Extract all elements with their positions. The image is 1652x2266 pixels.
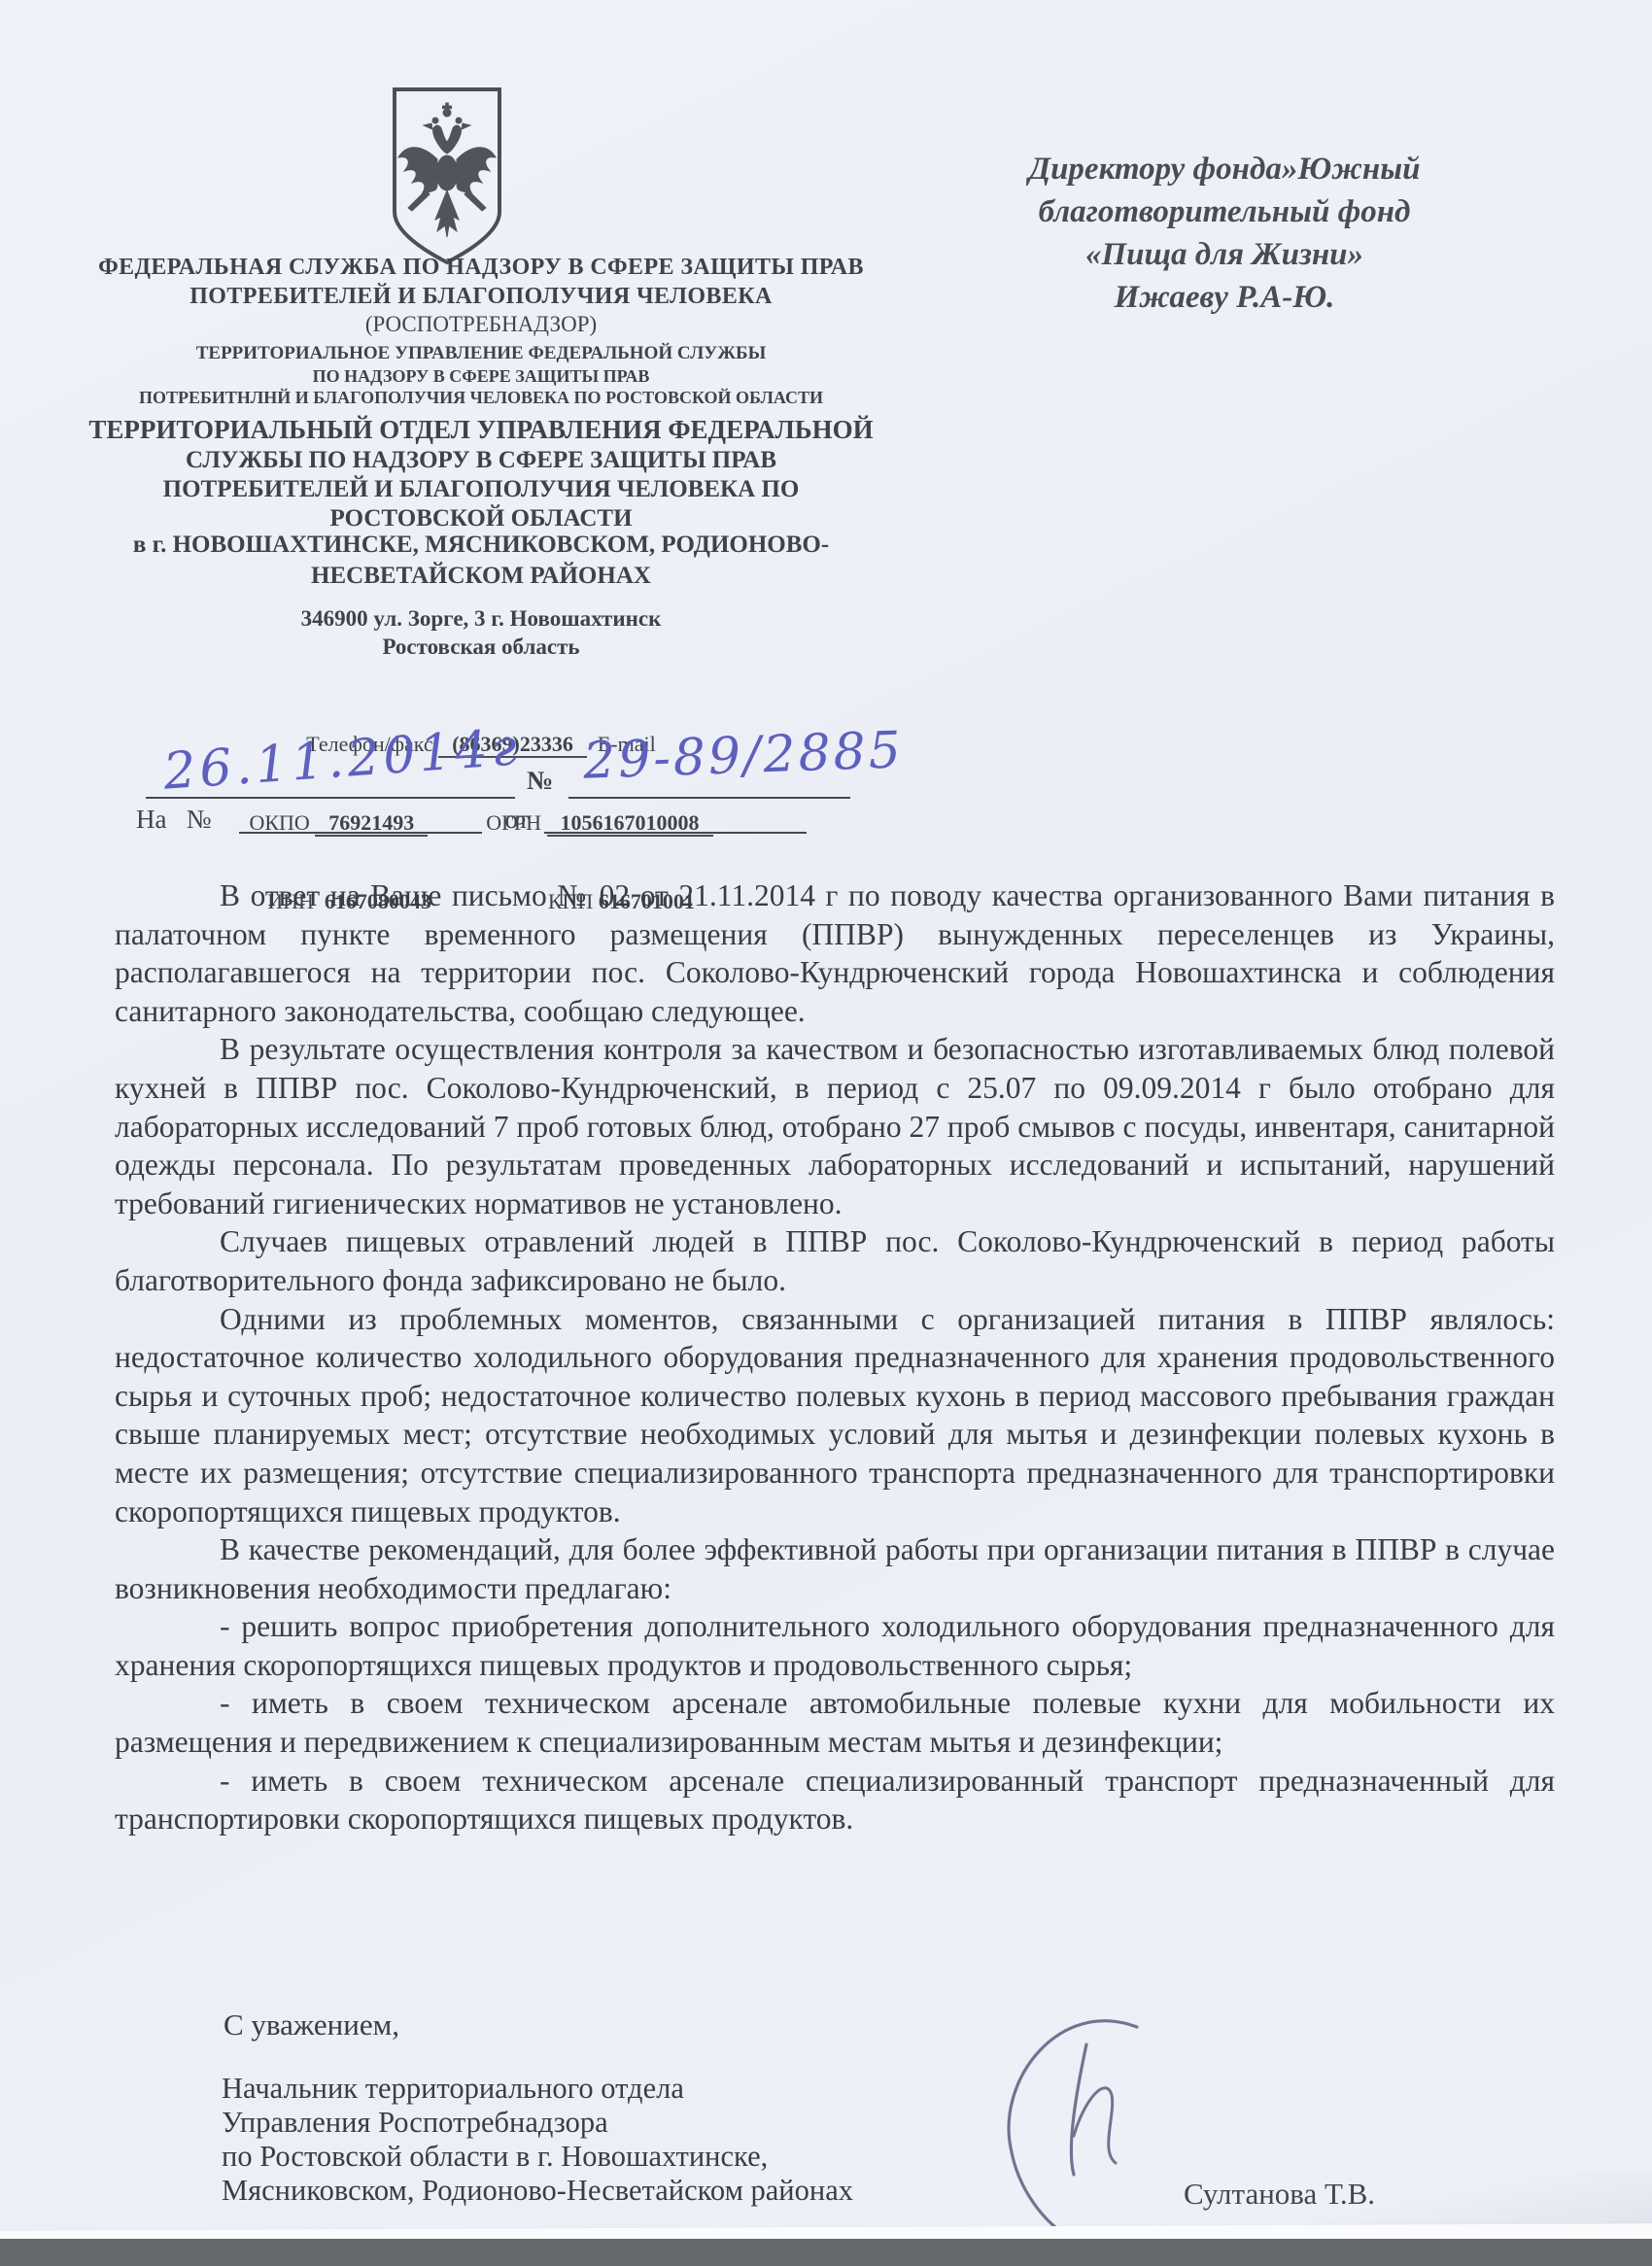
addressee-line: благотворительный фонд: [928, 190, 1521, 233]
paragraph: - решить вопрос приобретения дополнитель…: [115, 1607, 1555, 1684]
letterhead-line: ТЕРРИТОРИАЛЬНЫЙ ОТДЕЛ УПРАВЛЕНИЯ ФЕДЕРАЛ…: [68, 414, 894, 446]
coat-of-arms-icon: [385, 84, 509, 270]
signer-title-line: Управления Роспотребнадзора: [222, 2106, 853, 2140]
address-line: 346900 ул. Зорге, 3 г. Новошахтинск: [68, 604, 894, 633]
letterhead-address: 346900 ул. Зорге, 3 г. Новошахтинск Рост…: [68, 604, 894, 661]
ref-na-label: На: [136, 805, 166, 834]
letter-body: В ответ на Ваше письмо № 02 от 21.11.201…: [115, 876, 1555, 1838]
letterhead-line: ТЕРРИТОРИАЛЬНОЕ УПРАВЛЕНИЕ ФЕДЕРАЛЬНОЙ С…: [68, 341, 894, 365]
signer-title-line: по Ростовской области в г. Новошахтинске…: [222, 2140, 853, 2174]
letterhead-line: СЛУЖБЫ ПО НАДЗОРУ В СФЕРЕ ЗАЩИТЫ ПРАВ: [68, 446, 894, 475]
address-line: Ростовская область: [68, 633, 894, 661]
ref-number-blank: [239, 832, 482, 834]
number-sign: №: [527, 766, 553, 796]
ref-no-label: №: [187, 805, 212, 834]
signer-title-line: Начальник территориального отдела: [222, 2072, 853, 2106]
addressee-line: Директору фонда»Южный: [928, 148, 1521, 190]
paragraph: - иметь в своем техническом арсенале авт…: [115, 1684, 1555, 1761]
addressee-line: Ижаеву Р.А-Ю.: [928, 276, 1521, 319]
addressee-line: «Пища для Жизни»: [928, 233, 1521, 276]
district-line: НЕСВЕТАЙСКОМ РАЙОНАХ: [68, 561, 894, 592]
signer-title-block: Начальник территориального отдела Управл…: [222, 2072, 853, 2208]
paragraph: В ответ на Ваше письмо № 02 от 21.11.201…: [115, 876, 1555, 1030]
letterhead-district: в г. НОВОШАХТИНСКЕ, МЯСНИКОВСКОМ, РОДИОН…: [68, 530, 894, 592]
handwritten-number: 29-89/2885: [582, 721, 905, 790]
number-rule-line: [568, 797, 850, 799]
date-rule-line: [146, 797, 515, 799]
letterhead-line: ПОТРЕБИТЕЛЕЙ И БЛАГОПОЛУЧИЯ ЧЕЛОВЕКА: [68, 282, 894, 311]
paragraph: В качестве рекомендаций, для более эффек…: [115, 1530, 1555, 1607]
paragraph: Случаев пищевых отравлений людей в ППВР …: [115, 1222, 1555, 1299]
signer-title-line: Мясниковском, Родионово-Несветайском рай…: [222, 2174, 853, 2208]
paragraph: Одними из проблемных моментов, связанным…: [115, 1300, 1555, 1531]
letterhead-line: ПОТРЕБИТЕЛЕЙ И БЛАГОПОЛУЧИЯ ЧЕЛОВЕКА ПО: [68, 475, 894, 504]
scan-background-strip: [0, 2239, 1652, 2266]
district-line: в г. НОВОШАХТИНСКЕ, МЯСНИКОВСКОМ, РОДИОН…: [68, 530, 894, 561]
paragraph: - иметь в своем техническом арсенале спе…: [115, 1762, 1555, 1838]
letterhead-line: ПОТРЕБИТНЛНЙ И БЛАГОПОЛУЧИЯ ЧЕЛОВЕКА ПО …: [68, 387, 894, 408]
closing-phrase: С уважением,: [224, 2008, 399, 2043]
letterhead-line: ПО НАДЗОРУ В СФЕРЕ ЗАЩИТЫ ПРАВ: [68, 365, 894, 387]
paragraph: В результате осуществления контроля за к…: [115, 1030, 1555, 1222]
letterhead-line: ФЕДЕРАЛЬНАЯ СЛУЖБА ПО НАДЗОРУ В СФЕРЕ ЗА…: [68, 253, 894, 282]
letterhead: ФЕДЕРАЛЬНАЯ СЛУЖБА ПО НАДЗОРУ В СФЕРЕ ЗА…: [68, 253, 894, 533]
scanned-letter-page: ФЕДЕРАЛЬНАЯ СЛУЖБА ПО НАДЗОРУ В СФЕРЕ ЗА…: [0, 0, 1652, 2266]
reference-row: На №от: [136, 805, 807, 835]
signature-mark: [991, 2009, 1176, 2239]
letterhead-line: (РОСПОТРЕБНАДЗОР): [68, 311, 894, 338]
addressee-block: Директору фонда»Южный благотворительный …: [928, 148, 1521, 319]
ref-ot-label: от: [505, 805, 530, 834]
ref-date-blank: [544, 832, 807, 834]
